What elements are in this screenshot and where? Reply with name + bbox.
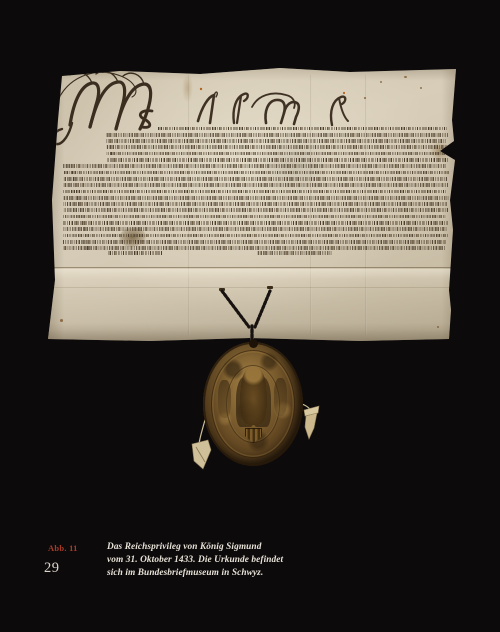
seal-cord-socket xyxy=(249,339,258,348)
figure-label: Abb. 11 xyxy=(48,543,78,553)
seal-enthroned-figure xyxy=(240,367,267,425)
book-page: Abb. 11 29 Das Reichsprivileg von König … xyxy=(0,0,500,632)
seal-side-figure xyxy=(274,378,287,416)
charter-photo xyxy=(0,0,500,525)
cord-slits xyxy=(219,286,273,291)
seal-side-figure xyxy=(218,380,231,418)
page-number: 29 xyxy=(44,560,60,577)
cord-strands xyxy=(222,291,270,345)
caption-line: Das Reichsprivileg von König Sigmund xyxy=(107,541,327,554)
caption-line: vom 31. Oktober 1433. Die Urkunde befind… xyxy=(107,554,327,567)
figure-caption: Das Reichsprivileg von König Sigmund vom… xyxy=(107,541,327,580)
caption-line: sich im Bundesbriefmuseum in Schwyz. xyxy=(107,567,327,580)
wax-seal xyxy=(203,342,303,466)
